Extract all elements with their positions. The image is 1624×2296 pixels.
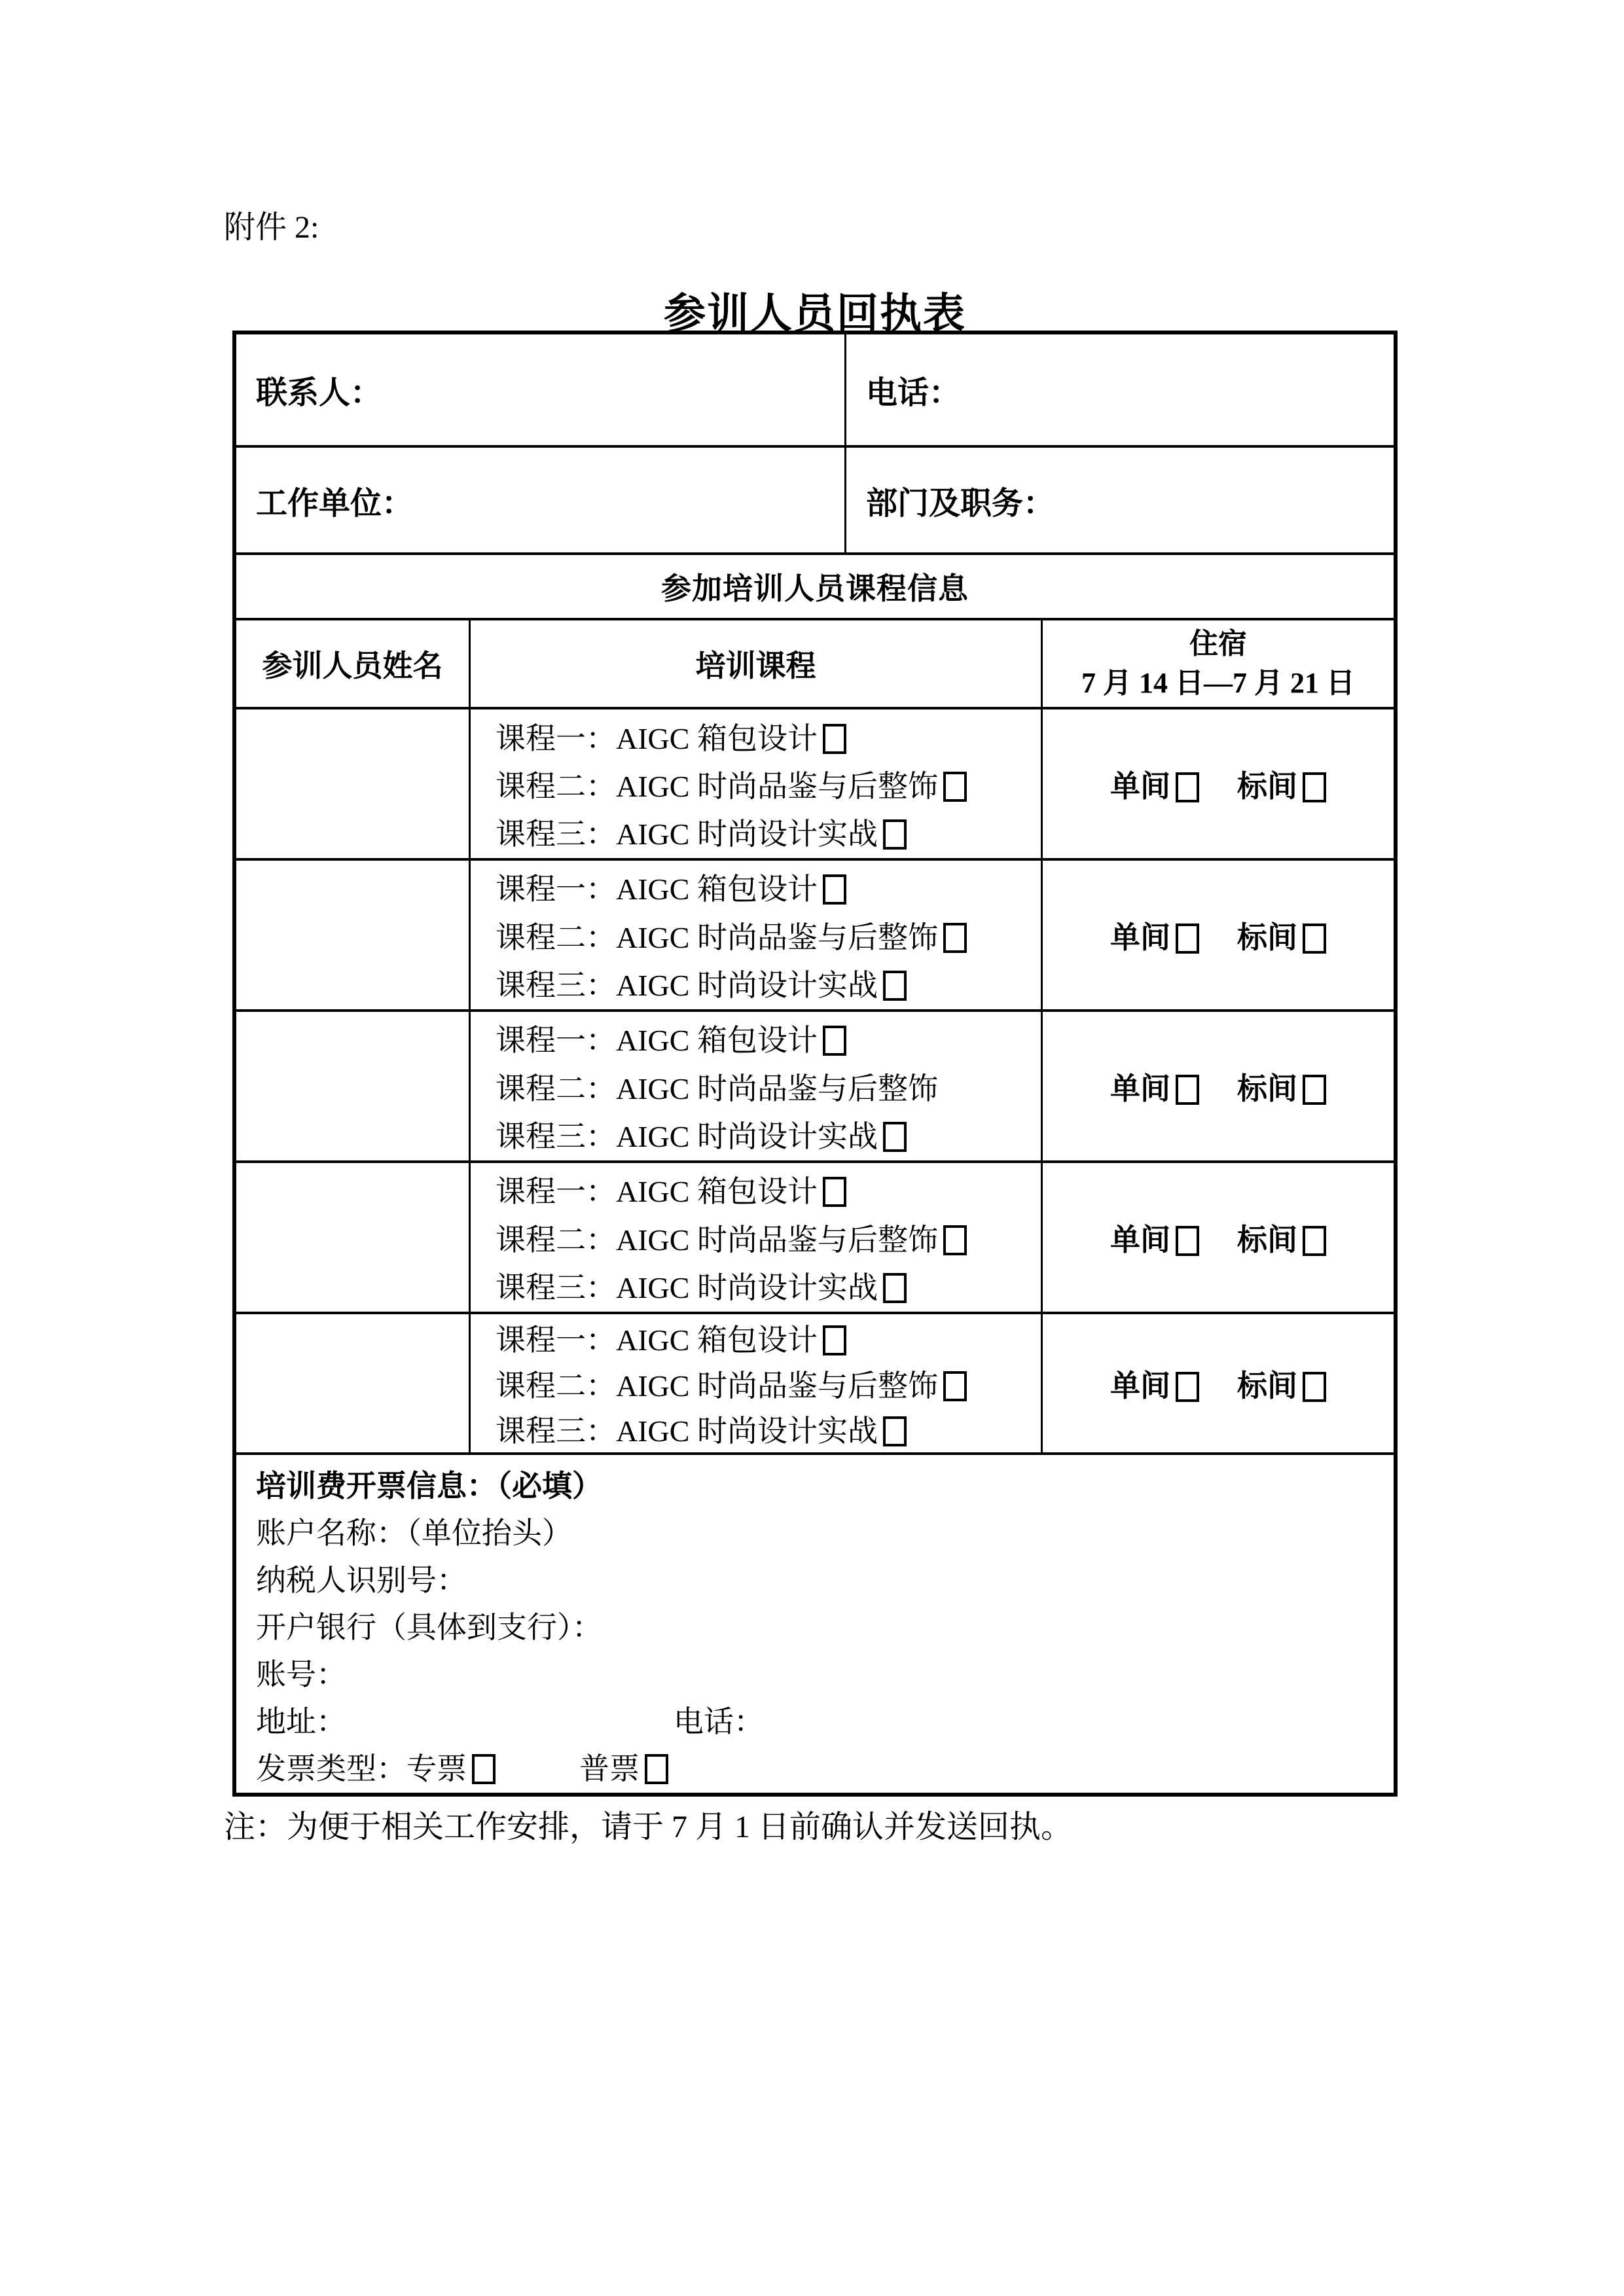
single-room-checkbox[interactable] xyxy=(1176,924,1199,954)
lodging-option-single: 单间 xyxy=(1110,914,1199,957)
course-line: 课程一：AIGC 箱包设计 xyxy=(496,1316,1041,1359)
special-invoice-checkbox[interactable] xyxy=(472,1754,496,1784)
single-room-checkbox[interactable] xyxy=(1176,1372,1199,1402)
lodging-dates: 7 月 14 日—7 月 21 日 xyxy=(1081,664,1355,703)
course-cell: 课程一：AIGC 箱包设计 课程二：AIGC 时尚品鉴与后整饰 课程三：AIGC… xyxy=(471,861,1043,1009)
course-checkbox[interactable] xyxy=(883,1122,907,1152)
participant-row: 课程一：AIGC 箱包设计 课程二：AIGC 时尚品鉴与后整饰 课程三：AIGC… xyxy=(236,1009,1394,1160)
lodging-cell: 单间 标间 xyxy=(1043,1314,1394,1452)
invoice-option-special: 专票 xyxy=(406,1752,467,1785)
course-line: 课程一：AIGC 箱包设计 xyxy=(496,715,1041,758)
department-label: 部门及职务： xyxy=(866,478,1055,523)
course-checkbox[interactable] xyxy=(943,772,967,802)
work-unit-cell[interactable]: 工作单位： xyxy=(236,448,846,552)
course-checkbox[interactable] xyxy=(823,1026,846,1056)
course-line: 课程二：AIGC 时尚品鉴与后整饰 xyxy=(496,762,1041,806)
billing-section: 培训费开票信息：（必填） 账户名称：（单位抬头） 纳税人识别号： 开户银行（具体… xyxy=(236,1452,1394,1793)
course-line: 课程二：AIGC 时尚品鉴与后整饰 xyxy=(496,1216,1041,1259)
course-line: 课程三：AIGC 时尚设计实战 xyxy=(496,1113,1041,1156)
participant-row: 课程一：AIGC 箱包设计 课程二：AIGC 时尚品鉴与后整饰 课程三：AIGC… xyxy=(236,1160,1394,1312)
section-title: 参加培训人员课程信息 xyxy=(236,555,1394,618)
course-line: 课程三：AIGC 时尚设计实战 xyxy=(496,810,1041,853)
course-line: 课程一：AIGC 箱包设计 xyxy=(496,865,1041,908)
single-room-checkbox[interactable] xyxy=(1176,1226,1199,1256)
account-name-line[interactable]: 账户名称：（单位抬头） xyxy=(256,1510,1394,1557)
department-cell[interactable]: 部门及职务： xyxy=(846,448,1394,552)
lodging-option-single: 单间 xyxy=(1110,1216,1199,1259)
lodging-cell: 单间 标间 xyxy=(1043,1163,1394,1312)
lodging-option-single: 单间 xyxy=(1110,1362,1199,1405)
standard-room-checkbox[interactable] xyxy=(1303,924,1326,954)
table-header-row: 参训人员姓名 培训课程 住宿 7 月 14 日—7 月 21 日 xyxy=(236,618,1394,707)
lodging-option-standard: 标间 xyxy=(1237,1065,1326,1108)
course-checkbox[interactable] xyxy=(823,724,846,754)
course-line: 课程三：AIGC 时尚设计实战 xyxy=(496,1407,1041,1450)
course-checkbox[interactable] xyxy=(823,874,846,905)
course-line: 课程二：AIGC 时尚品鉴与后整饰 xyxy=(496,914,1041,957)
header-lodging: 住宿 7 月 14 日—7 月 21 日 xyxy=(1043,620,1394,707)
phone-cell[interactable]: 电话： xyxy=(846,334,1394,445)
phone-label: 电话： xyxy=(866,367,960,412)
course-checkbox[interactable] xyxy=(943,923,967,953)
reply-form-table: 联系人： 电话： 工作单位： 部门及职务： 参加培训人员课程信息 参训人员姓名 … xyxy=(232,331,1398,1797)
header-training-course: 培训课程 xyxy=(471,620,1043,707)
course-line: 课程三：AIGC 时尚设计实战 xyxy=(496,1264,1041,1307)
course-cell: 课程一：AIGC 箱包设计 课程二：AIGC 时尚品鉴与后整饰 课程三：AIGC… xyxy=(471,1314,1043,1452)
note: 注：为便于相关工作安排，请于 7 月 1 日前确认并发送回执。 xyxy=(224,1808,1072,1847)
participant-row: 课程一：AIGC 箱包设计 课程二：AIGC 时尚品鉴与后整饰 课程三：AIGC… xyxy=(236,1312,1394,1452)
header-participant-name: 参训人员姓名 xyxy=(236,620,471,707)
course-checkbox[interactable] xyxy=(943,1371,967,1401)
participant-row: 课程一：AIGC 箱包设计 课程二：AIGC 时尚品鉴与后整饰 课程三：AIGC… xyxy=(236,858,1394,1009)
course-cell: 课程一：AIGC 箱包设计 课程二：AIGC 时尚品鉴与后整饰 课程三：AIGC… xyxy=(471,1163,1043,1312)
standard-room-checkbox[interactable] xyxy=(1303,772,1326,802)
standard-room-checkbox[interactable] xyxy=(1303,1372,1326,1402)
course-line: 课程二：AIGC 时尚品鉴与后整饰 xyxy=(496,1065,1041,1108)
billing-phone-label[interactable]: 电话： xyxy=(674,1705,764,1738)
lodging-cell: 单间 标间 xyxy=(1043,709,1394,858)
contact-person-cell[interactable]: 联系人： xyxy=(236,334,846,445)
lodging-option-standard: 标间 xyxy=(1237,914,1326,957)
participant-name-cell[interactable] xyxy=(236,1163,471,1312)
participant-name-cell[interactable] xyxy=(236,709,471,858)
account-number-line[interactable]: 账号： xyxy=(256,1651,1394,1698)
participant-name-cell[interactable] xyxy=(236,1314,471,1452)
lodging-option-standard: 标间 xyxy=(1237,1216,1326,1259)
address-label[interactable]: 地址： xyxy=(256,1705,346,1738)
single-room-checkbox[interactable] xyxy=(1176,1075,1199,1105)
course-checkbox[interactable] xyxy=(883,971,907,1001)
taxpayer-id-line[interactable]: 纳税人识别号： xyxy=(256,1557,1394,1604)
contact-person-label: 联系人： xyxy=(256,367,382,412)
single-room-checkbox[interactable] xyxy=(1176,772,1199,802)
lodging-title: 住宿 xyxy=(1189,624,1247,664)
lodging-option-standard: 标间 xyxy=(1237,1362,1326,1405)
course-checkbox[interactable] xyxy=(883,1273,907,1303)
course-line: 课程三：AIGC 时尚设计实战 xyxy=(496,961,1041,1005)
course-checkbox[interactable] xyxy=(943,1225,967,1255)
lodging-option-single: 单间 xyxy=(1110,1065,1199,1108)
participant-row: 课程一：AIGC 箱包设计 课程二：AIGC 时尚品鉴与后整饰 课程三：AIGC… xyxy=(236,707,1394,858)
bank-line[interactable]: 开户银行（具体到支行）： xyxy=(256,1604,1394,1651)
general-invoice-checkbox[interactable] xyxy=(645,1754,668,1784)
participant-name-cell[interactable] xyxy=(236,861,471,1009)
work-unit-label: 工作单位： xyxy=(256,478,413,523)
attachment-label: 附件 2: xyxy=(224,208,319,247)
work-unit-row: 工作单位： 部门及职务： xyxy=(236,445,1394,552)
course-cell: 课程一：AIGC 箱包设计 课程二：AIGC 时尚品鉴与后整饰 课程三：AIGC… xyxy=(471,709,1043,858)
course-line: 课程一：AIGC 箱包设计 xyxy=(496,1016,1041,1060)
course-cell: 课程一：AIGC 箱包设计 课程二：AIGC 时尚品鉴与后整饰 课程三：AIGC… xyxy=(471,1012,1043,1160)
lodging-cell: 单间 标间 xyxy=(1043,861,1394,1009)
lodging-option-single: 单间 xyxy=(1110,762,1199,806)
document-page: 附件 2: 参训人员回执表 联系人： 电话： 工作单位： 部门及职务： 参加培训… xyxy=(0,0,1624,2296)
course-checkbox[interactable] xyxy=(883,1416,907,1446)
course-line: 课程一：AIGC 箱包设计 xyxy=(496,1168,1041,1211)
standard-room-checkbox[interactable] xyxy=(1303,1075,1326,1105)
invoice-type-line: 发票类型：专票普票 xyxy=(256,1746,1394,1793)
course-line: 课程二：AIGC 时尚品鉴与后整饰 xyxy=(496,1362,1041,1405)
address-phone-line: 地址：电话： xyxy=(256,1698,1394,1746)
course-checkbox[interactable] xyxy=(823,1325,846,1355)
section-title-row: 参加培训人员课程信息 xyxy=(236,552,1394,618)
course-checkbox[interactable] xyxy=(883,819,907,850)
invoice-option-general: 普票 xyxy=(579,1752,640,1785)
lodging-option-standard: 标间 xyxy=(1237,762,1326,806)
standard-room-checkbox[interactable] xyxy=(1303,1226,1326,1256)
billing-title: 培训费开票信息：（必填） xyxy=(256,1463,1394,1510)
course-checkbox[interactable] xyxy=(823,1177,846,1207)
participant-name-cell[interactable] xyxy=(236,1012,471,1160)
lodging-cell: 单间 标间 xyxy=(1043,1012,1394,1160)
contact-row: 联系人： 电话： xyxy=(236,334,1394,445)
invoice-type-label: 发票类型： xyxy=(256,1752,406,1785)
